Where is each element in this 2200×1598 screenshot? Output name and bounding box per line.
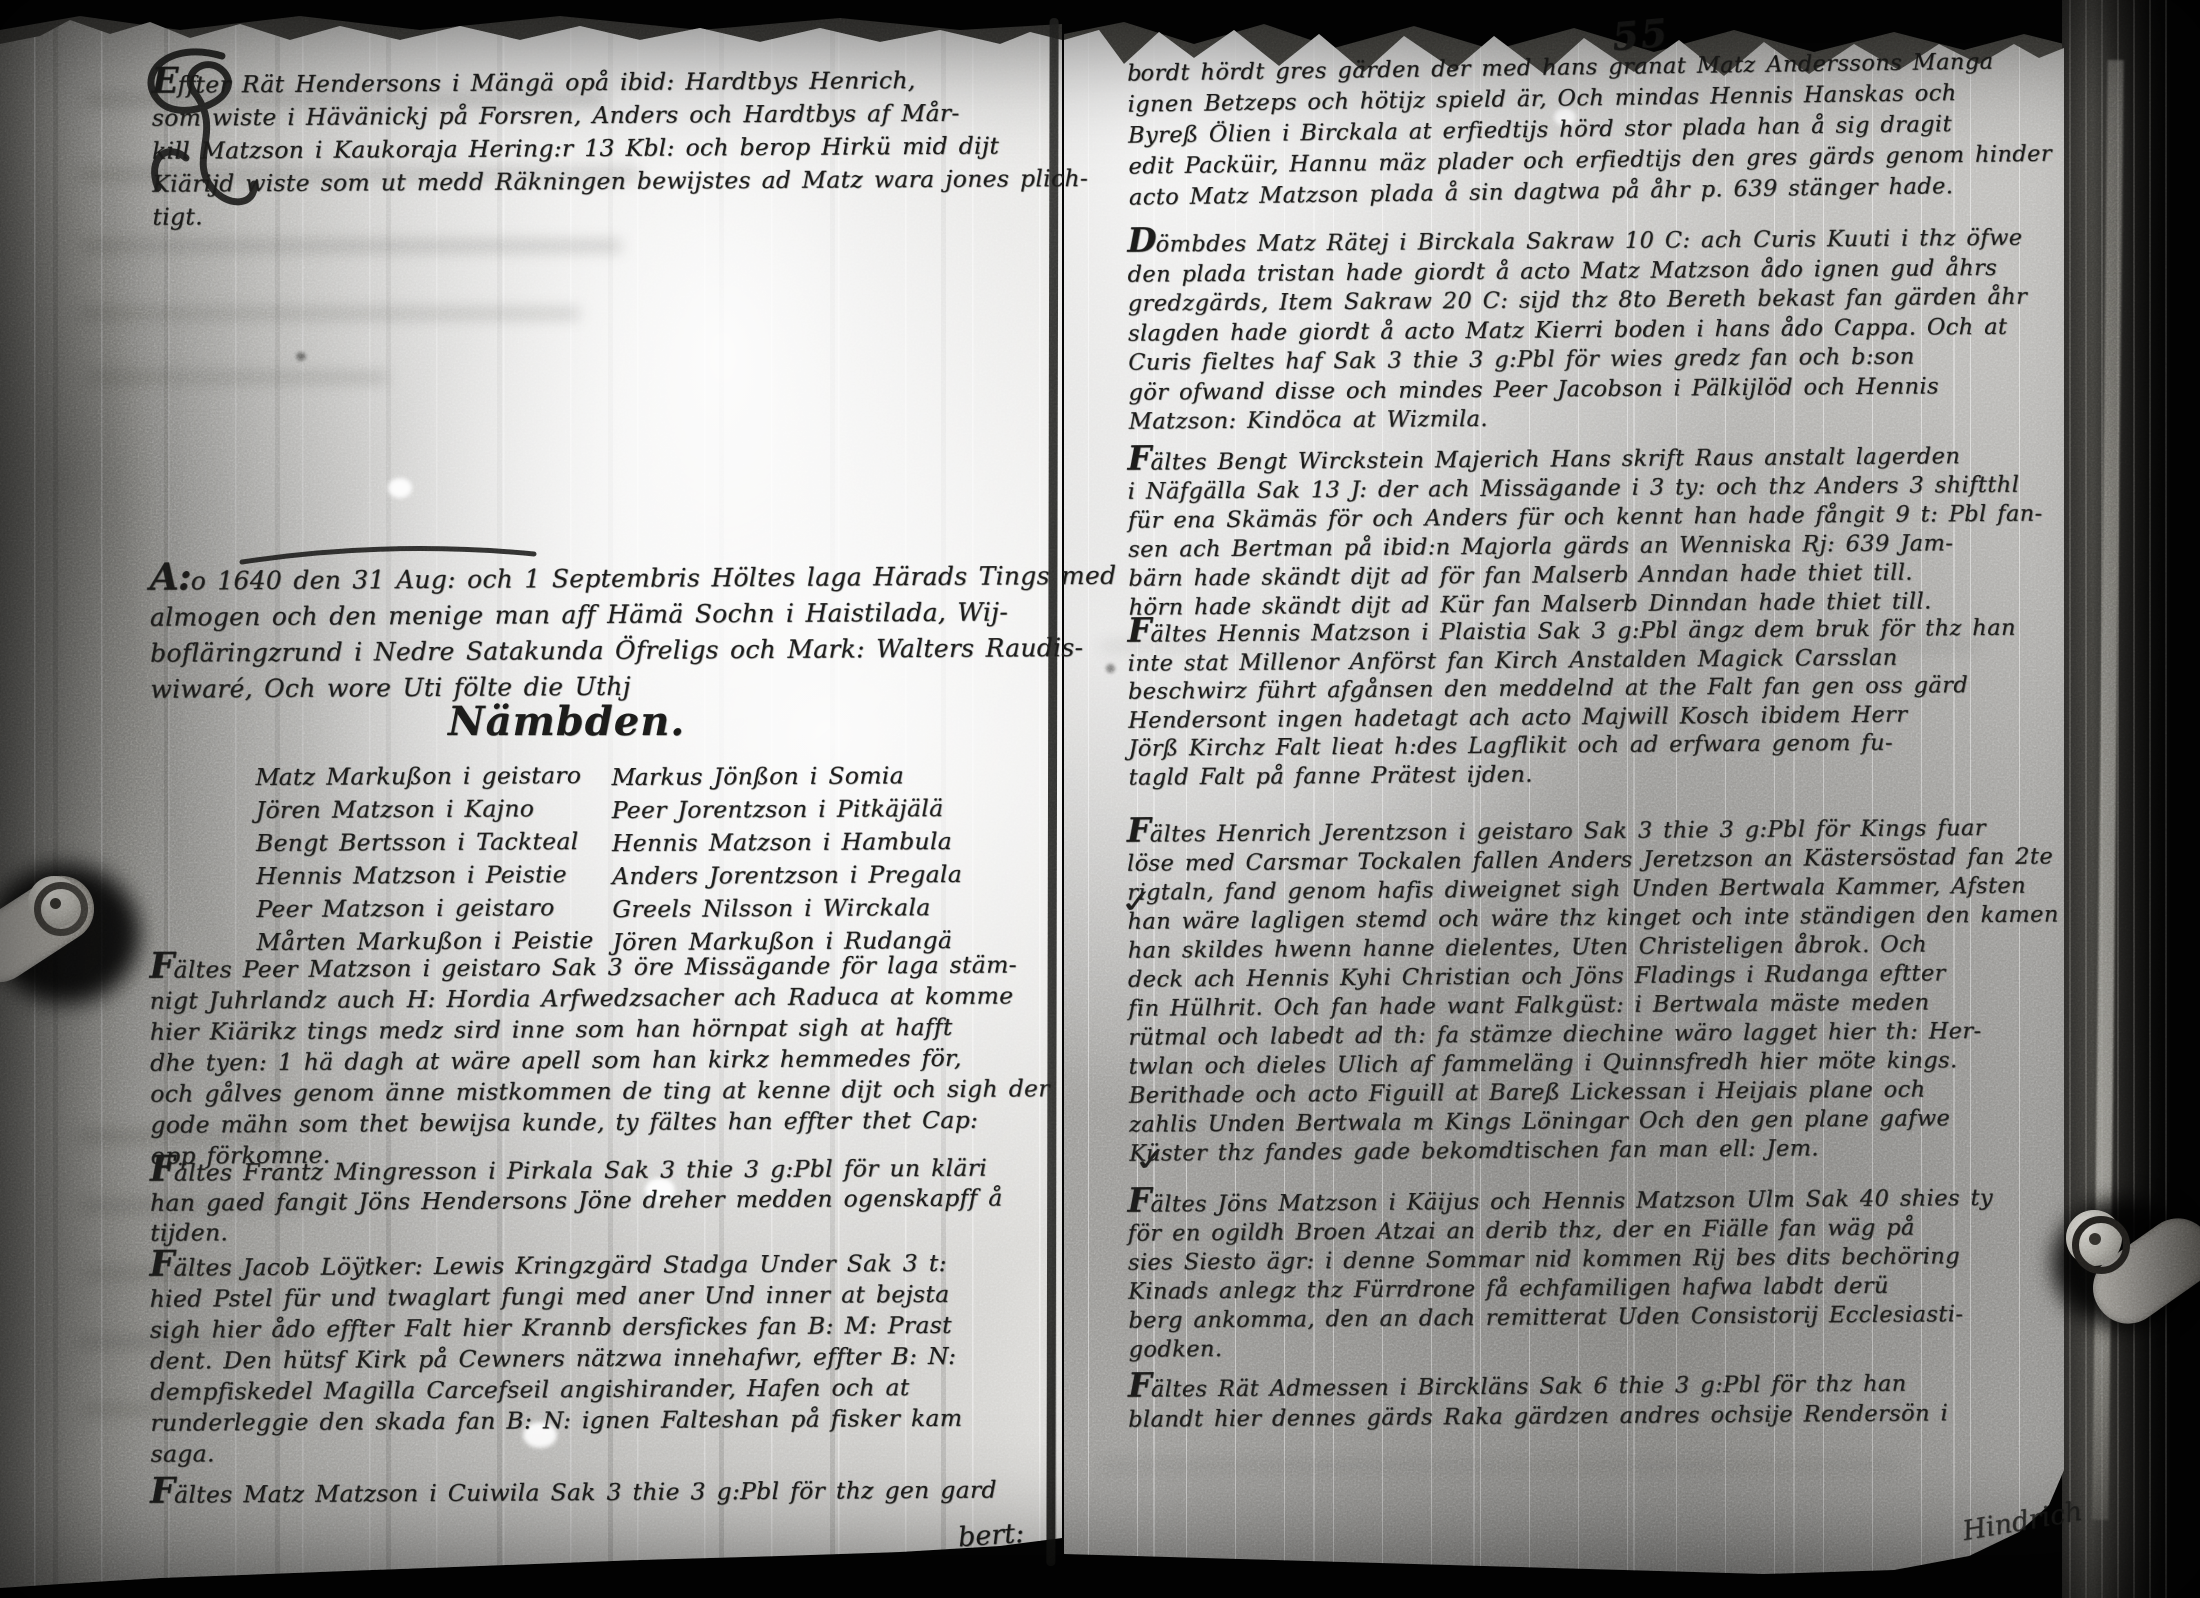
court-paragraph: Dömbdes Matz Rätej i Birckala Sakraw 10 … xyxy=(1127,218,2079,437)
bleedthrough-smudge xyxy=(88,372,388,383)
bleedthrough-smudge xyxy=(80,308,580,319)
manuscript-line: som wiste i Hävänickj på Forsren, Anders… xyxy=(152,96,1052,134)
catchword-left: bert: xyxy=(957,1518,1025,1554)
paper-speck xyxy=(388,478,412,498)
manuscript-line: Effter Rät Hendersons i Mängä opå ibid: … xyxy=(151,59,1051,101)
manuscript-line: dent. Den hütsf Kirk på Cewners nätzwa i… xyxy=(150,1340,1055,1377)
manuscript-line: Fältes Matz Matzson i Cuiwila Sak 3 thie… xyxy=(150,1469,1055,1512)
manuscript-line: almogen och den menige man aff Hämä Soch… xyxy=(150,594,1040,635)
clasp-rivet-dot xyxy=(2089,1233,2101,1245)
book-clasp-right xyxy=(2052,1188,2200,1358)
manuscript-line: gode mähn som thet bewijsa kunde, ty fäl… xyxy=(150,1104,1055,1141)
court-paragraph: bordt hördt gres gärden der med hans gra… xyxy=(1127,45,2079,213)
judgement-paragraph: Fältes Matz Matzson i Cuiwila Sak 3 thie… xyxy=(150,1469,1055,1512)
manuscript-line: Hennis Matzson i Hambula xyxy=(612,825,972,860)
manuscript-line: Markus Jönßon i Somia xyxy=(611,759,971,794)
court-paragraph: Fältes Bengt Wirckstein Majerich Hans sk… xyxy=(1127,436,2078,622)
manuscript-line: Anders Jorentzson i Pregala xyxy=(612,858,972,893)
judgement-paragraph: Fältes Frantz Mingresson i Pirkala Sak 3… xyxy=(150,1149,1056,1248)
manuscript-line: Peer Jorentzson i Pitkäjälä xyxy=(612,792,972,827)
manuscript-line: Fältes Peer Matzson i geistaro Sak 3 öre… xyxy=(149,945,1054,986)
manuscript-line: Hennis Matzson i Peistie xyxy=(256,858,596,893)
jury-list-left-column: Matz Markußon i geistaroJören Matzson i … xyxy=(255,759,596,959)
court-paragraph: Fältes Henrich Jerentzson i geistaro Sak… xyxy=(1127,808,2080,1168)
bleedthrough-smudge xyxy=(1100,1460,1900,1472)
manuscript-line: Fältes Jacob Löÿtker: Lewis Kringzgärd S… xyxy=(149,1243,1054,1284)
jury-list-right-column: Markus Jönßon i SomiaPeer Jorentzson i P… xyxy=(611,759,972,959)
opening-paragraph: Effter Rät Hendersons i Mängä opå ibid: … xyxy=(151,59,1052,233)
manuscript-line: Fältes Frantz Mingresson i Pirkala Sak 3… xyxy=(150,1149,1055,1188)
manuscript-line: A:o 1640 den 31 Aug: och 1 Septembris Hö… xyxy=(150,553,1040,599)
clasp-rivet-ring xyxy=(2072,1216,2130,1274)
session-heading: Nämbden. xyxy=(448,698,685,745)
ink-blot xyxy=(1106,664,1115,673)
manuscript-line: runderleggie den skada fan B: N: ignen F… xyxy=(150,1402,1055,1439)
manuscript-line: Jören Matzson i Kajno xyxy=(256,792,596,827)
manuscript-line: Matz Markußon i geistaro xyxy=(255,759,595,794)
manuscript-line: Kiärijd wiste som ut medd Räkningen bewi… xyxy=(152,162,1052,200)
manuscript-line: tijden. xyxy=(150,1212,1055,1248)
ink-blot xyxy=(296,352,306,361)
manuscript-line: Bengt Bertsson i Tackteal xyxy=(256,825,596,860)
manuscript-line: Peer Matzson i geistaro xyxy=(256,891,596,926)
court-paragraph: Fältes Jöns Matzson i Käijus och Hennis … xyxy=(1127,1178,2078,1364)
manuscript-line: saga. xyxy=(150,1433,1055,1470)
manuscript-line: tigt. xyxy=(152,195,1052,233)
margin-checkmark-2: ✓ xyxy=(1131,1140,1170,1180)
date-heading: A:o 1640 den 31 Aug: och 1 Septembris Hö… xyxy=(150,553,1041,707)
court-paragraph: Fältes Hennis Matzson i Plaistia Sak 3 g… xyxy=(1127,608,2078,791)
clasp-rivet-ring xyxy=(34,882,88,936)
manuscript-scan: Effter Rät Hendersons i Mängä opå ibid: … xyxy=(0,0,2200,1598)
book-clasp-left xyxy=(0,838,150,1018)
manuscript-line: bofläringzrund i Nedre Satakunda Öfrelig… xyxy=(150,630,1040,671)
manuscript-line: kill Matzson i Kaukoraja Hering:r 13 Kbl… xyxy=(152,129,1052,167)
bleedthrough-smudge xyxy=(82,240,622,252)
court-paragraph: Fältes Rät Admessen i Birckläns Sak 6 th… xyxy=(1128,1362,2078,1434)
manuscript-line: han gaed fangit Jöns Hendersons Jöne dre… xyxy=(150,1182,1055,1218)
clasp-rivet-dot xyxy=(50,898,61,909)
margin-checkmark-1: ✓ xyxy=(1117,882,1156,922)
book-fore-edge xyxy=(2062,0,2170,1598)
judgement-paragraph: Fältes Peer Matzson i geistaro Sak 3 öre… xyxy=(149,945,1055,1172)
manuscript-line: Greels Nilsson i Wirckala xyxy=(612,891,972,926)
judgement-paragraph: Fältes Jacob Löÿtker: Lewis Kringzgärd S… xyxy=(149,1243,1055,1470)
